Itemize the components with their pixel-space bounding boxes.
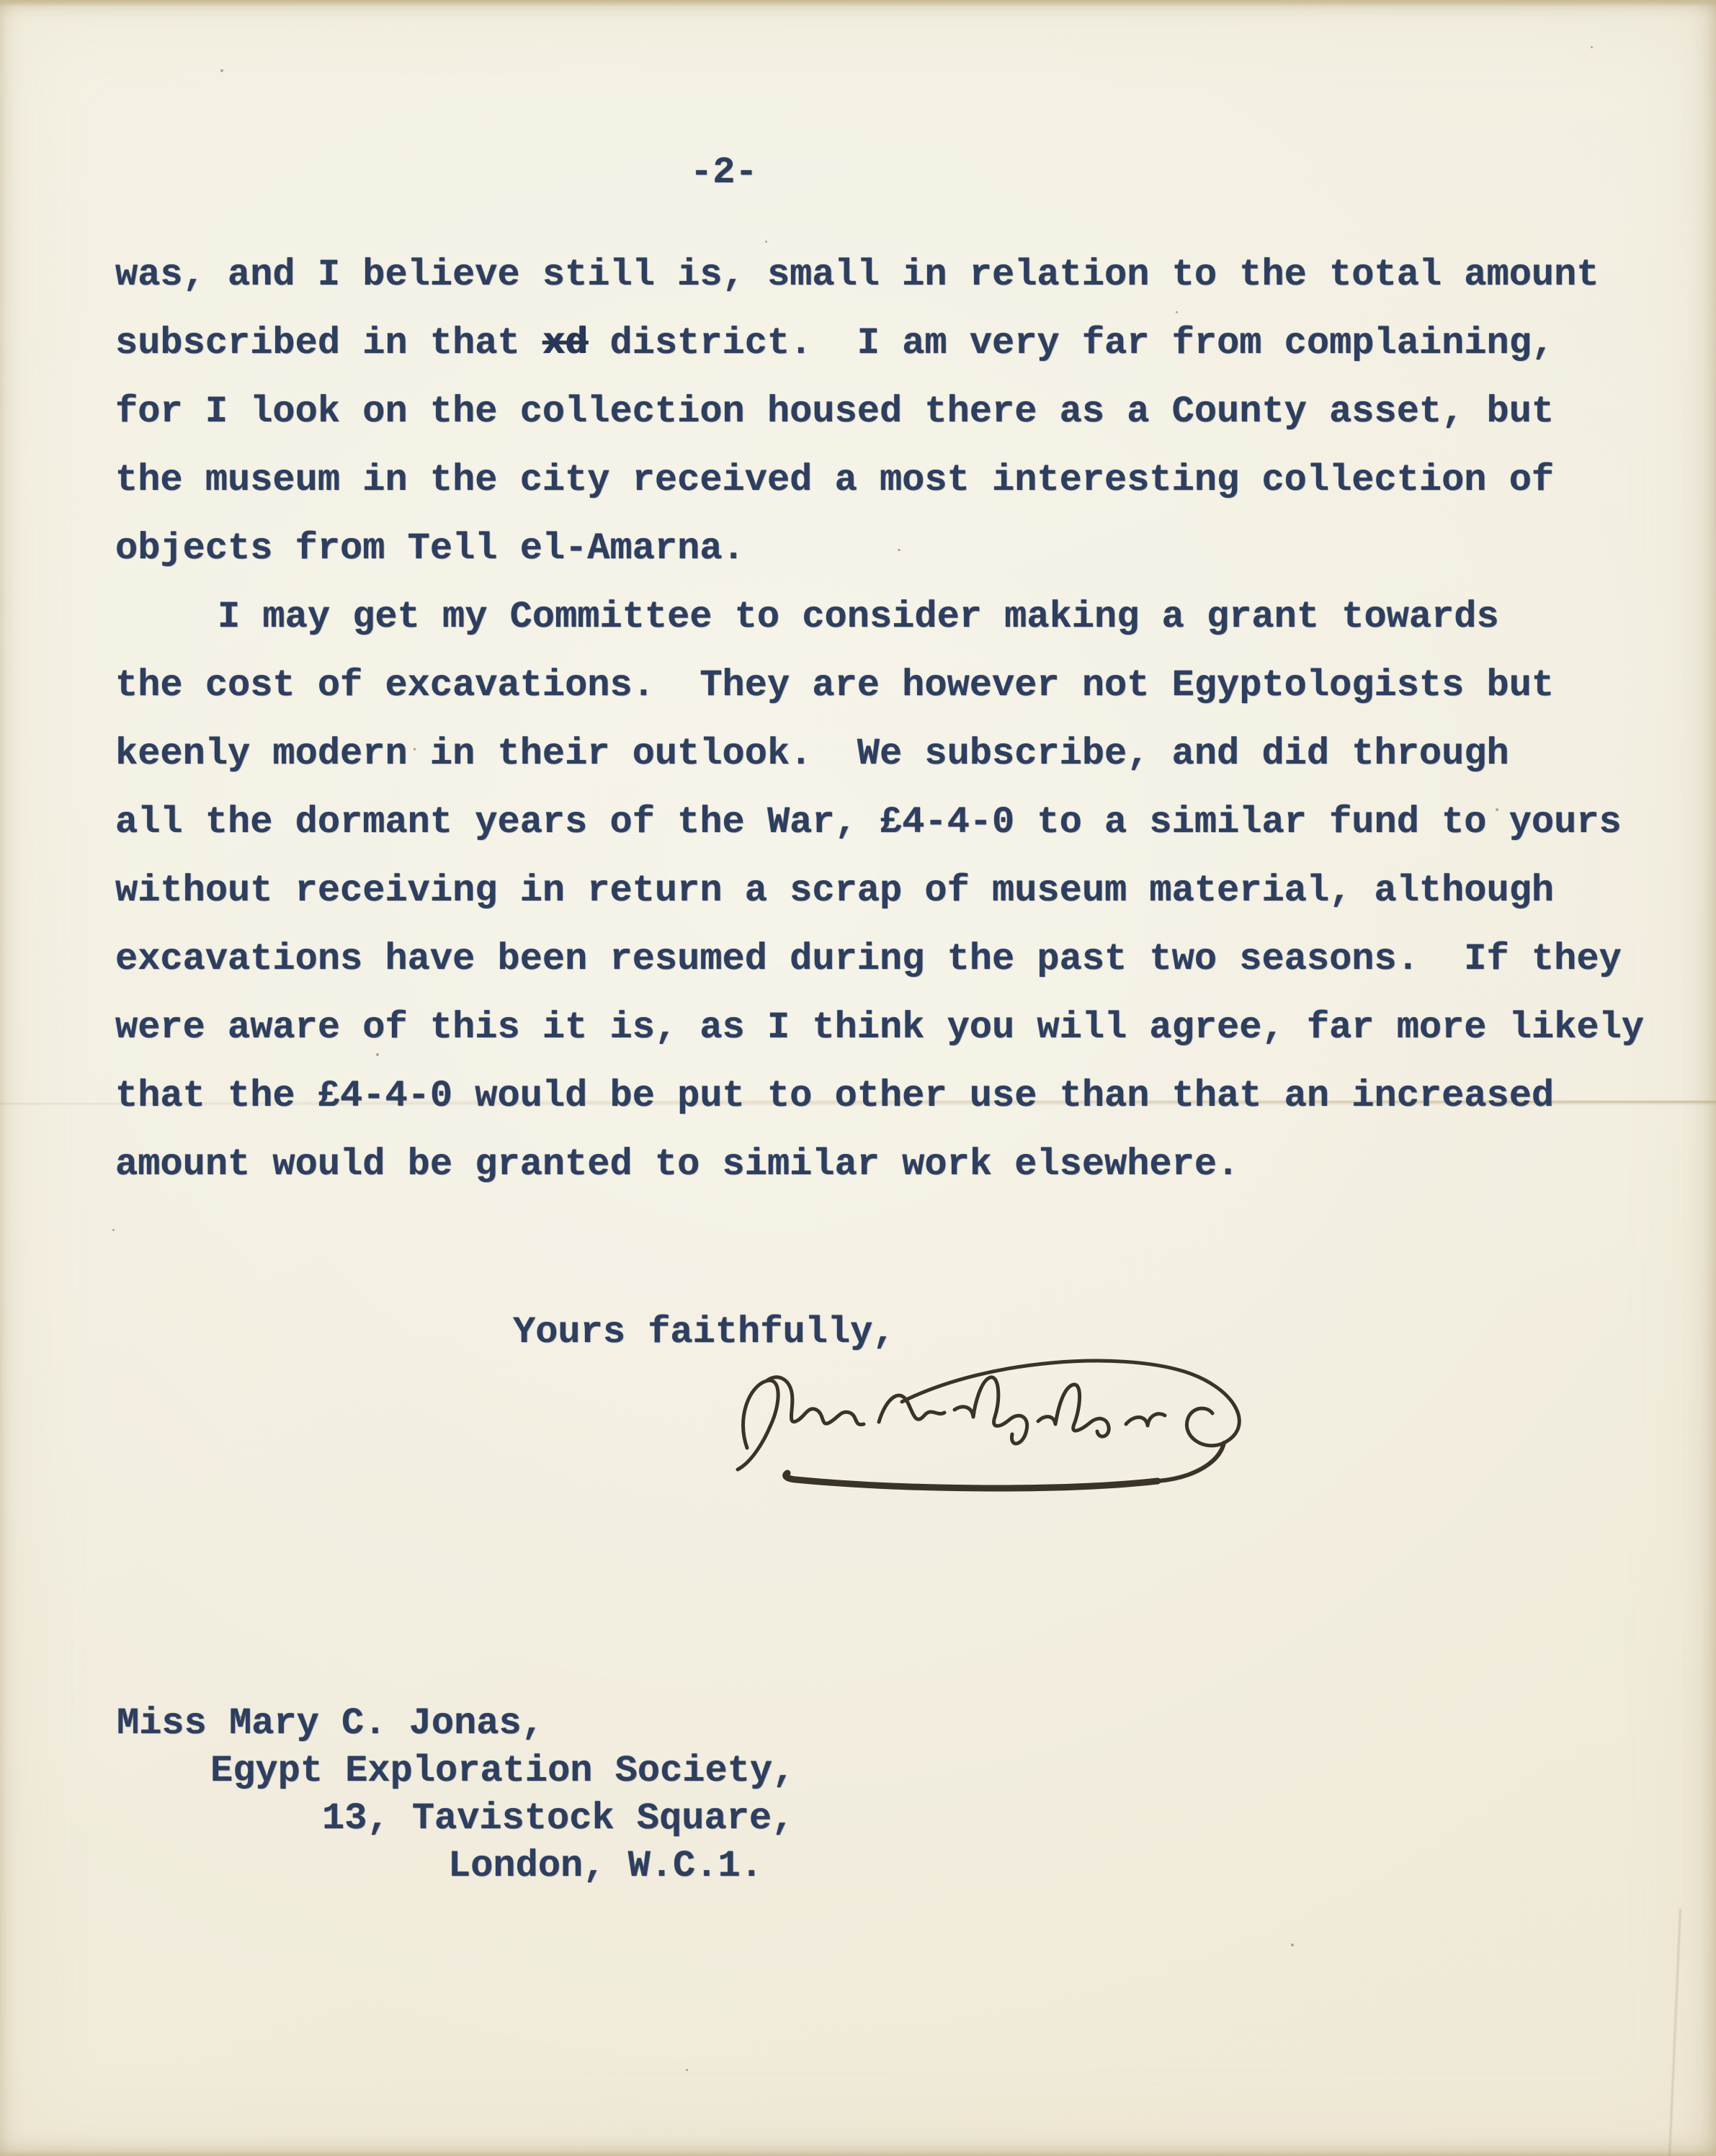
letter-page: -2- was, and I believe still is, small i…	[0, 0, 1716, 2156]
body-line-text: subscribed in that	[115, 322, 542, 364]
body-line: the museum in the city received a most i…	[115, 459, 1554, 502]
body-line: without receiving in return a scrap of m…	[115, 869, 1554, 913]
paper-speck	[112, 1229, 115, 1231]
body-line: excavations have been resumed during the…	[115, 938, 1622, 981]
body-line: were aware of this it is, as I think you…	[115, 1006, 1644, 1050]
paper-speck	[898, 549, 901, 551]
struck-out-word: xd	[542, 322, 587, 364]
signature	[686, 1346, 1313, 1515]
recipient-address: Miss Mary C. Jonas, Egypt Exploration So…	[117, 1700, 795, 1890]
recipient-organization: Egypt Exploration Society,	[117, 1748, 795, 1795]
paper-speck	[1176, 311, 1178, 313]
paper-speck	[686, 2069, 688, 2071]
body-line: was, and I believe still is, small in re…	[115, 254, 1599, 297]
body-line: the cost of excavations. They are howeve…	[115, 664, 1554, 707]
body-line: all the dormant years of the War, £4-4-0…	[115, 801, 1622, 844]
body-line: objects from Tell el-Amarna.	[115, 527, 745, 571]
paper-speck	[376, 1053, 379, 1056]
paper-top-edge	[0, 0, 1716, 6]
recipient-city: London, W.C.1.	[117, 1843, 795, 1890]
body-line: amount would be granted to similar work …	[115, 1143, 1239, 1186]
paper-speck	[220, 69, 223, 72]
body-line: for I look on the collection housed ther…	[115, 390, 1554, 434]
body-line: keenly modern in their outlook. We subsc…	[115, 733, 1509, 776]
paper-bottom-edge	[0, 2151, 1716, 2156]
body-line: I may get my Committee to consider makin…	[115, 596, 1499, 639]
body-line-text: district. I am very far from complaining…	[587, 322, 1554, 364]
paper-speck	[1291, 1943, 1294, 1946]
page-number: -2-	[690, 151, 758, 194]
paper-speck	[765, 241, 767, 243]
body-line: subscribed in that xd district. I am ver…	[115, 322, 1554, 365]
recipient-street: 13, Tavistock Square,	[117, 1795, 795, 1843]
recipient-name: Miss Mary C. Jonas,	[117, 1700, 795, 1748]
vertical-crease	[1668, 1909, 1681, 2156]
paper-speck	[1591, 46, 1593, 48]
body-line: that the £4-4-0 would be put to other us…	[115, 1075, 1554, 1118]
